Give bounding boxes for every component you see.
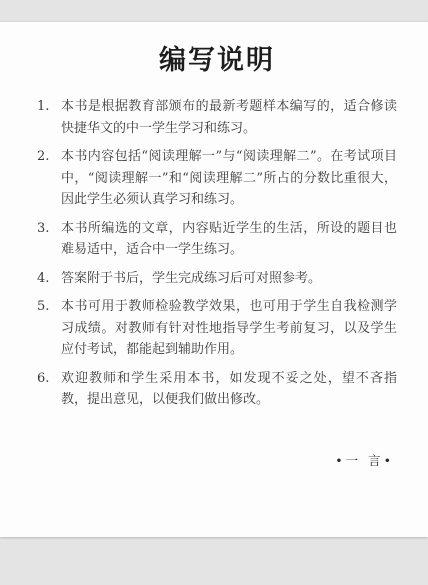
item-number: 1. <box>37 96 61 139</box>
item-number: 3. <box>37 218 61 261</box>
item-text: 本书可用于教师检验教学效果，也可用于学生自我检测学习成绩。对教师有针对性地指导学… <box>61 296 397 361</box>
list-item: 5. 本书可用于教师检验教学效果，也可用于学生自我检测学习成绩。对教师有针对性地… <box>37 296 397 361</box>
item-number: 5. <box>37 296 61 361</box>
list-item: 6. 欢迎教师和学生采用本书，如发现不妥之处，望不吝指教，提出意见，以便我们做出… <box>37 368 397 411</box>
item-number: 2. <box>37 146 61 211</box>
item-text: 本书所编选的文章，内容贴近学生的生活，所设的题目也难易适中，适合中一学生练习。 <box>61 218 397 261</box>
item-number: 6. <box>37 368 61 411</box>
item-text: 答案附于书后，学生完成练习后可对照参考。 <box>61 268 397 290</box>
notes-list: 1. 本书是根据教育部颁布的最新考题样本编写的，适合修读快捷华文的中一学生学习和… <box>37 96 397 411</box>
author-signature: •一 言• <box>37 451 397 469</box>
page-title: 编写说明 <box>37 46 397 76</box>
item-text: 本书内容包括“阅读理解一”与“阅读理解二”。在考试项目中，“阅读理解一”和“阅读… <box>61 146 397 211</box>
document-page: 编写说明 1. 本书是根据教育部颁布的最新考题样本编写的，适合修读快捷华文的中一… <box>0 22 428 537</box>
list-item: 3. 本书所编选的文章，内容贴近学生的生活，所设的题目也难易适中，适合中一学生练… <box>37 218 397 261</box>
item-text: 本书是根据教育部颁布的最新考题样本编写的，适合修读快捷华文的中一学生学习和练习。 <box>61 96 397 139</box>
item-number: 4. <box>37 268 61 290</box>
list-item: 1. 本书是根据教育部颁布的最新考题样本编写的，适合修读快捷华文的中一学生学习和… <box>37 96 397 139</box>
item-text: 欢迎教师和学生采用本书，如发现不妥之处，望不吝指教，提出意见，以便我们做出修改。 <box>61 368 397 411</box>
list-item: 2. 本书内容包括“阅读理解一”与“阅读理解二”。在考试项目中，“阅读理解一”和… <box>37 146 397 211</box>
list-item: 4. 答案附于书后，学生完成练习后可对照参考。 <box>37 268 397 290</box>
